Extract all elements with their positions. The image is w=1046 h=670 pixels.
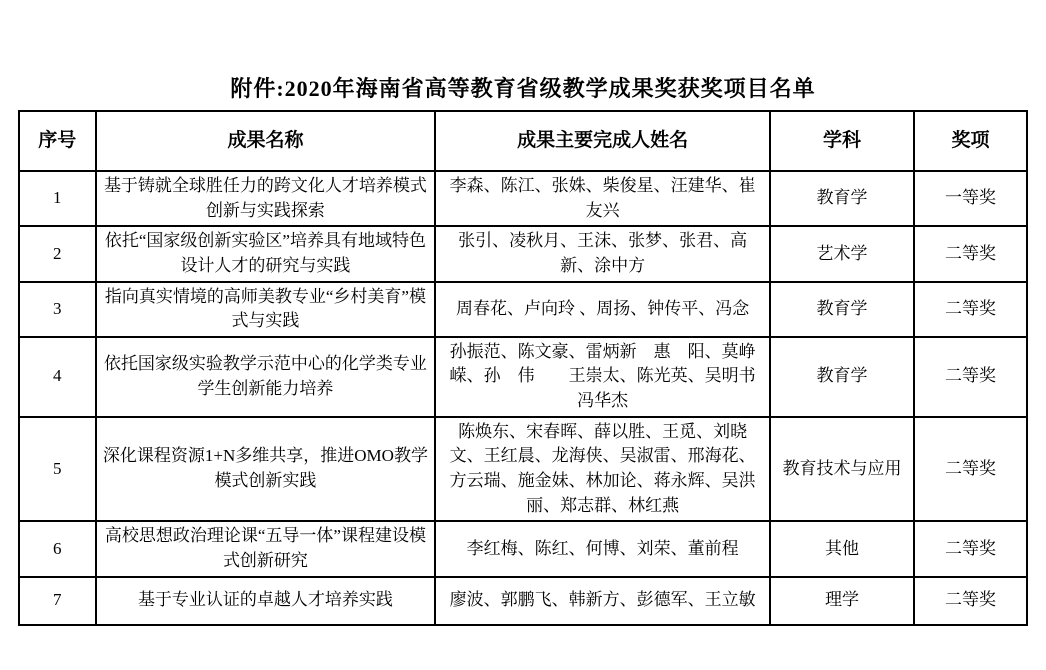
header-cell-achievement-name: 成果名称 xyxy=(96,111,436,171)
cell-achievement-name: 基于专业认证的卓越人才培养实践 xyxy=(96,577,436,625)
table-row: 4 依托国家级实验教学示范中心的化学类专业学生创新能力培养 孙振范、陈文豪、雷炳… xyxy=(19,337,1027,417)
cell-index: 1 xyxy=(19,171,96,226)
cell-subject: 教育技术与应用 xyxy=(770,417,914,522)
cell-subject: 教育学 xyxy=(770,282,914,337)
table-row: 2 依托“国家级创新实验区”培养具有地域特色设计人才的研究与实践 张引、凌秋月、… xyxy=(19,226,1027,281)
page-title: 附件:2020年海南省高等教育省级教学成果奖获奖项目名单 xyxy=(0,72,1046,103)
cell-award: 二等奖 xyxy=(914,337,1027,417)
cell-subject: 教育学 xyxy=(770,171,914,226)
cell-contributors: 张引、凌秋月、王沫、张梦、张君、高新、涂中方 xyxy=(435,226,770,281)
cell-achievement-name: 高校思想政治理论课“五导一体”课程建设模式创新研究 xyxy=(96,521,436,576)
cell-contributors: 陈焕东、宋春晖、薛以胜、王觅、刘晓文、王红晨、龙海侠、吴淑雷、邢海花、方云瑞、施… xyxy=(435,417,770,522)
table-row: 5 深化课程资源1+N多维共享，推进OMO教学模式创新实践 陈焕东、宋春晖、薛以… xyxy=(19,417,1027,522)
table-row: 6 高校思想政治理论课“五导一体”课程建设模式创新研究 李红梅、陈红、何博、刘荣… xyxy=(19,521,1027,576)
cell-subject: 教育学 xyxy=(770,337,914,417)
table-row: 7 基于专业认证的卓越人才培养实践 廖波、郭鹏飞、韩新方、彭德军、王立敏 理学 … xyxy=(19,577,1027,625)
award-results-table: 序号 成果名称 成果主要完成人姓名 学科 奖项 1 基于铸就全球胜任力的跨文化人… xyxy=(18,110,1028,626)
cell-index: 4 xyxy=(19,337,96,417)
cell-contributors: 廖波、郭鹏飞、韩新方、彭德军、王立敏 xyxy=(435,577,770,625)
header-cell-award: 奖项 xyxy=(914,111,1027,171)
cell-award: 二等奖 xyxy=(914,521,1027,576)
cell-achievement-name: 指向真实情境的高师美教专业“乡村美育”模式与实践 xyxy=(96,282,436,337)
document-page: 附件:2020年海南省高等教育省级教学成果奖获奖项目名单 序号 成果名称 成果主… xyxy=(0,0,1046,670)
cell-achievement-name: 依托国家级实验教学示范中心的化学类专业学生创新能力培养 xyxy=(96,337,436,417)
header-cell-contributors: 成果主要完成人姓名 xyxy=(435,111,770,171)
cell-subject: 其他 xyxy=(770,521,914,576)
cell-index: 3 xyxy=(19,282,96,337)
cell-index: 5 xyxy=(19,417,96,522)
cell-award: 一等奖 xyxy=(914,171,1027,226)
cell-contributors: 周春花、卢向玲 、周扬、钟传平、冯念 xyxy=(435,282,770,337)
table-row: 3 指向真实情境的高师美教专业“乡村美育”模式与实践 周春花、卢向玲 、周扬、钟… xyxy=(19,282,1027,337)
cell-index: 2 xyxy=(19,226,96,281)
table-row: 1 基于铸就全球胜任力的跨文化人才培养模式创新与实践探索 李森、陈江、张姝、柴俊… xyxy=(19,171,1027,226)
cell-contributors: 李森、陈江、张姝、柴俊星、汪建华、崔友兴 xyxy=(435,171,770,226)
cell-achievement-name: 依托“国家级创新实验区”培养具有地域特色设计人才的研究与实践 xyxy=(96,226,436,281)
cell-index: 6 xyxy=(19,521,96,576)
header-cell-index: 序号 xyxy=(19,111,96,171)
cell-achievement-name: 深化课程资源1+N多维共享，推进OMO教学模式创新实践 xyxy=(96,417,436,522)
cell-award: 二等奖 xyxy=(914,226,1027,281)
cell-subject: 理学 xyxy=(770,577,914,625)
cell-award: 二等奖 xyxy=(914,417,1027,522)
cell-index: 7 xyxy=(19,577,96,625)
cell-award: 二等奖 xyxy=(914,282,1027,337)
cell-achievement-name: 基于铸就全球胜任力的跨文化人才培养模式创新与实践探索 xyxy=(96,171,436,226)
cell-award: 二等奖 xyxy=(914,577,1027,625)
header-cell-subject: 学科 xyxy=(770,111,914,171)
cell-contributors: 李红梅、陈红、何博、刘荣、董前程 xyxy=(435,521,770,576)
table-header-row: 序号 成果名称 成果主要完成人姓名 学科 奖项 xyxy=(19,111,1027,171)
cell-contributors: 孙振范、陈文豪、雷炳新 惠 阳、莫峥嵘、孙 伟 王崇太、陈光英、吴明书 冯华杰 xyxy=(435,337,770,417)
cell-subject: 艺术学 xyxy=(770,226,914,281)
